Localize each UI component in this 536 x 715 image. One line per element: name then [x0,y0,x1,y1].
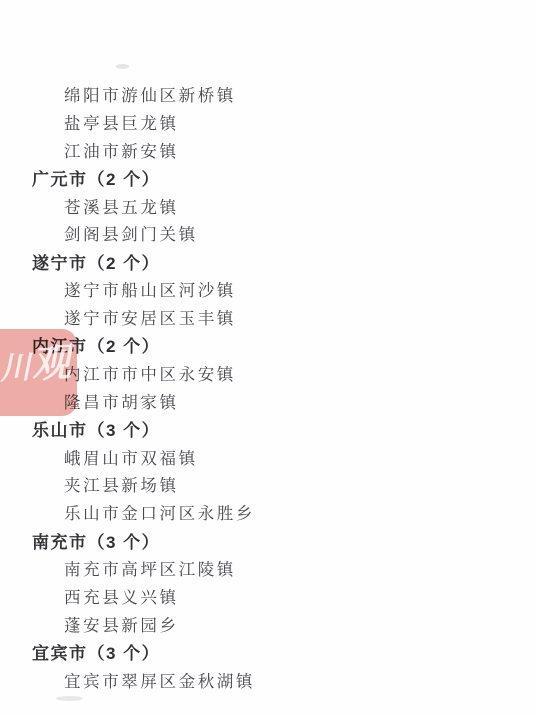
scan-artifact-smudge [116,64,129,69]
town-list-item: 隆昌市胡家镇 [0,387,536,415]
town-list-item: 蓬安县新园乡 [0,610,536,638]
chuanguan-watermark-badge [0,329,77,416]
town-list-item: 夹江县新场镇 [0,470,536,498]
town-list-item: 剑阁县剑门关镇 [0,219,536,247]
town-list-item: 乐山市金口河区永胜乡 [0,498,536,526]
town-list-item: 西充县义兴镇 [0,582,536,610]
city-group-header: 内江市（2 个） [0,331,536,359]
town-list-item: 盐亭县巨龙镇 [0,108,536,136]
town-list-item: 遂宁市安居区玉丰镇 [0,303,536,331]
town-list-item: 南充市高坪区江陵镇 [0,554,536,582]
city-group-header: 乐山市（3 个） [0,415,536,443]
town-list-item: 绵阳市游仙区新桥镇 [0,80,536,108]
town-list-item: 峨眉山市双福镇 [0,443,536,471]
town-list-item: 遂宁市船山区河沙镇 [0,275,536,303]
city-group-header: 遂宁市（2 个） [0,247,536,275]
town-list: 绵阳市游仙区新桥镇盐亭县巨龙镇江油市新安镇广元市（2 个）苍溪县五龙镇剑阁县剑门… [0,80,536,694]
town-list-item: 江油市新安镇 [0,136,536,164]
city-group-header: 南充市（3 个） [0,526,536,554]
town-list-item: 苍溪县五龙镇 [0,192,536,220]
town-list-item: 宜宾市翠屏区金秋湖镇 [0,666,536,694]
scan-artifact-smudge [56,696,83,701]
city-group-header: 宜宾市（3 个） [0,638,536,666]
city-group-header: 广元市（2 个） [0,164,536,192]
scanned-document-page: 绵阳市游仙区新桥镇盐亭县巨龙镇江油市新安镇广元市（2 个）苍溪县五龙镇剑阁县剑门… [0,0,536,715]
town-list-item: 内江市市中区永安镇 [0,359,536,387]
